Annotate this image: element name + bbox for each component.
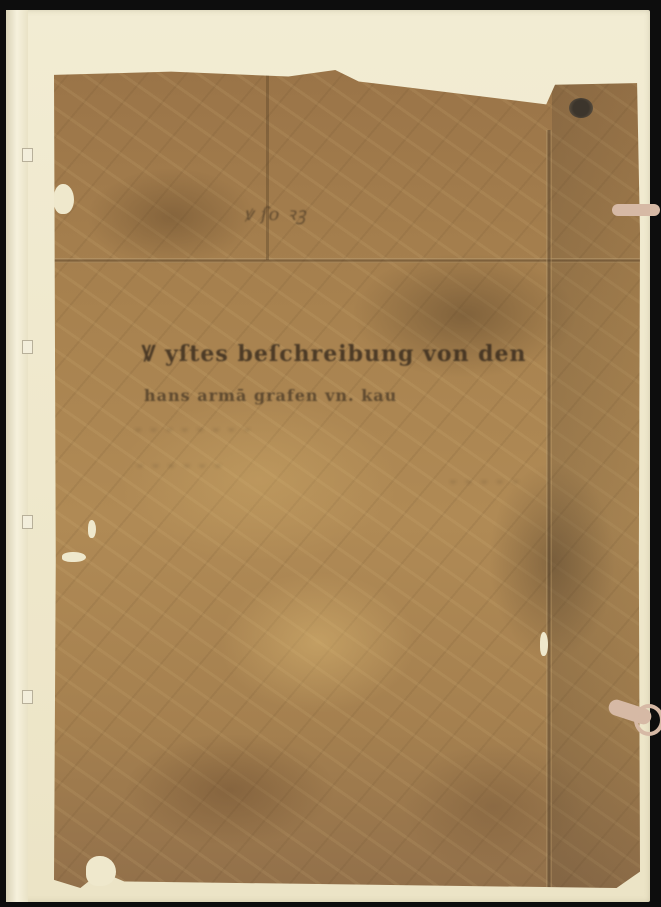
lower-tie-loop bbox=[634, 704, 661, 736]
upper-crease bbox=[266, 70, 269, 260]
parchment-loss bbox=[86, 856, 116, 886]
title-line-1: Ꝟ yſtes beſchreibung von den bbox=[142, 338, 527, 368]
upper-tie bbox=[612, 204, 660, 216]
parchment-loss bbox=[54, 184, 74, 214]
sewing-slot bbox=[22, 690, 33, 704]
sewing-slot bbox=[22, 515, 33, 529]
sewing-slot bbox=[22, 148, 33, 162]
title-line-2: hans armā grafen vn. kau bbox=[144, 386, 397, 405]
parchment-loss bbox=[88, 520, 96, 538]
parchment-cover: ꝟ ſo ꝛꝫ Ꝟ yſtes beſchreibung von den han… bbox=[54, 70, 640, 888]
punched-hole bbox=[569, 98, 593, 118]
faded-line-1: ˘ ˘ ˘ ˘ ˘ ˘ ˘ ˘ bbox=[134, 426, 252, 445]
board-spine bbox=[6, 10, 28, 902]
faded-line-3: ˘ ˘ ˘ ˘ ˘ bbox=[449, 478, 520, 497]
parchment-loss bbox=[540, 632, 548, 656]
vertical-fold-line bbox=[546, 130, 552, 888]
parchment-loss bbox=[62, 552, 86, 562]
turn-in-flap bbox=[552, 70, 640, 888]
upper-annotation: ꝟ ſo ꝛꝫ bbox=[244, 202, 307, 226]
horizontal-fold-line bbox=[54, 258, 640, 263]
faded-line-2: ˘ ˘ ˘ ˘ ˘ ˘ bbox=[136, 462, 223, 481]
sewing-slot bbox=[22, 340, 33, 354]
